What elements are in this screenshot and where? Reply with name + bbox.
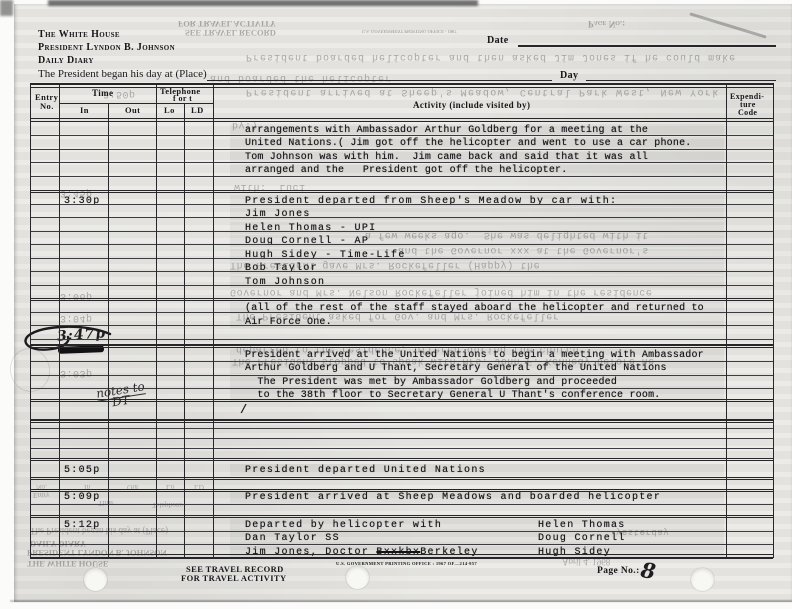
grid-line — [30, 477, 773, 479]
grid-line — [30, 479, 773, 480]
grid-line — [30, 135, 773, 136]
day-start-line: The President began his day at (Place) — [38, 68, 207, 80]
col-telephone-sub: f or t — [173, 94, 192, 103]
grid-line — [30, 339, 773, 340]
grid-line — [59, 83, 60, 558]
scan-corner-artifact — [0, 0, 13, 16]
grid-line — [30, 190, 773, 192]
day-rule — [586, 80, 776, 81]
grid-line — [30, 491, 773, 492]
grid-line — [30, 458, 773, 460]
slash-mark: / — [240, 403, 247, 417]
grid-line — [30, 217, 773, 218]
scanned-daily-diary-page: The White House President Lyndon B. John… — [0, 0, 792, 609]
grid-line — [30, 204, 773, 205]
grid-line — [184, 103, 185, 558]
col-in: In — [80, 105, 89, 115]
grid-line — [30, 285, 773, 286]
grid-line — [30, 448, 773, 449]
grid-line — [108, 103, 109, 558]
row-band — [230, 235, 724, 247]
row-band — [230, 276, 724, 288]
grid-line — [30, 517, 773, 518]
col-activity: Activity (include visited by) — [413, 100, 530, 110]
grid-line — [30, 149, 773, 150]
white-house-label: The White House — [38, 29, 120, 40]
grid-line — [30, 388, 773, 389]
entry-time: 5:09p — [64, 492, 101, 503]
grid-line — [156, 83, 157, 558]
grid-line — [30, 515, 773, 517]
grid-line — [773, 83, 774, 558]
grid-line — [59, 103, 213, 104]
col-entry-word2: No. — [40, 101, 54, 111]
entry-time: 3:30p — [64, 196, 101, 207]
row-band — [230, 249, 724, 261]
grid-line — [30, 258, 773, 259]
grid-line — [30, 544, 773, 545]
grid-line — [30, 531, 773, 532]
row-band — [230, 137, 724, 149]
daily-diary-label: Daily Diary — [38, 55, 94, 66]
date-rule — [518, 45, 776, 47]
col-lo: Lo — [164, 105, 175, 115]
grid-line — [30, 87, 773, 88]
grid-line — [30, 118, 773, 120]
row-band — [230, 208, 724, 220]
grid-line — [30, 419, 773, 421]
grid-line — [30, 83, 31, 558]
president-name-label: President Lyndon B. Johnson — [38, 42, 175, 53]
grid-line — [30, 176, 773, 177]
hole-punch — [691, 568, 714, 591]
col-out: Out — [125, 105, 140, 115]
col-time: Time — [92, 88, 113, 98]
grid-line — [30, 298, 773, 300]
scan-edge-artifact — [48, 0, 478, 6]
grid-line — [30, 192, 773, 193]
hole-punch — [346, 566, 369, 589]
entry-time: 5:05p — [64, 465, 101, 476]
date-label: Date — [487, 35, 509, 46]
row-band — [230, 491, 724, 503]
grid-line — [30, 300, 773, 301]
grid-line — [30, 438, 773, 439]
grid-line — [30, 344, 773, 346]
place-rule — [207, 80, 552, 81]
col-ld: LD — [191, 105, 204, 115]
row-band — [230, 222, 724, 234]
grid-line — [30, 554, 773, 555]
row-band — [230, 519, 724, 531]
grid-line — [30, 162, 773, 163]
grid-line — [30, 504, 773, 505]
row-band — [230, 532, 724, 544]
grid-line — [30, 244, 773, 245]
grid-line — [30, 460, 773, 461]
row-band — [230, 349, 724, 361]
grid-line — [30, 489, 773, 491]
row-band — [230, 164, 724, 176]
grid-line — [30, 401, 773, 402]
grid-line — [30, 428, 773, 429]
grid-line — [30, 231, 773, 232]
row-band — [230, 195, 724, 207]
footer-travel-note-2: FOR TRAVEL ACTIVITY — [181, 573, 287, 583]
grid-line — [726, 83, 727, 558]
hole-punch — [84, 568, 107, 591]
grid-line — [30, 271, 773, 272]
handwritten-time: 3:47p — [57, 325, 107, 344]
row-band — [230, 151, 724, 163]
grid-line — [30, 121, 773, 122]
row-band — [230, 362, 724, 374]
paper-bottom-edge — [10, 600, 792, 602]
page-no-label: Page No.: — [597, 566, 640, 576]
grid-line — [30, 422, 773, 423]
grid-line — [30, 347, 773, 348]
grid-line — [30, 557, 773, 559]
grid-line — [30, 83, 773, 85]
row-band — [230, 262, 724, 274]
grid-line — [30, 375, 773, 376]
grid-line — [30, 325, 773, 326]
day-label: Day — [560, 70, 578, 81]
grid-line — [213, 83, 214, 558]
grid-line — [30, 361, 773, 362]
row-band — [230, 124, 724, 136]
row-band — [230, 376, 724, 388]
entry-time: 5:12p — [64, 520, 101, 531]
row-band — [230, 464, 724, 476]
grid-line — [30, 399, 773, 401]
grid-line — [30, 312, 773, 313]
col-expenditure-3: Code — [738, 108, 757, 117]
